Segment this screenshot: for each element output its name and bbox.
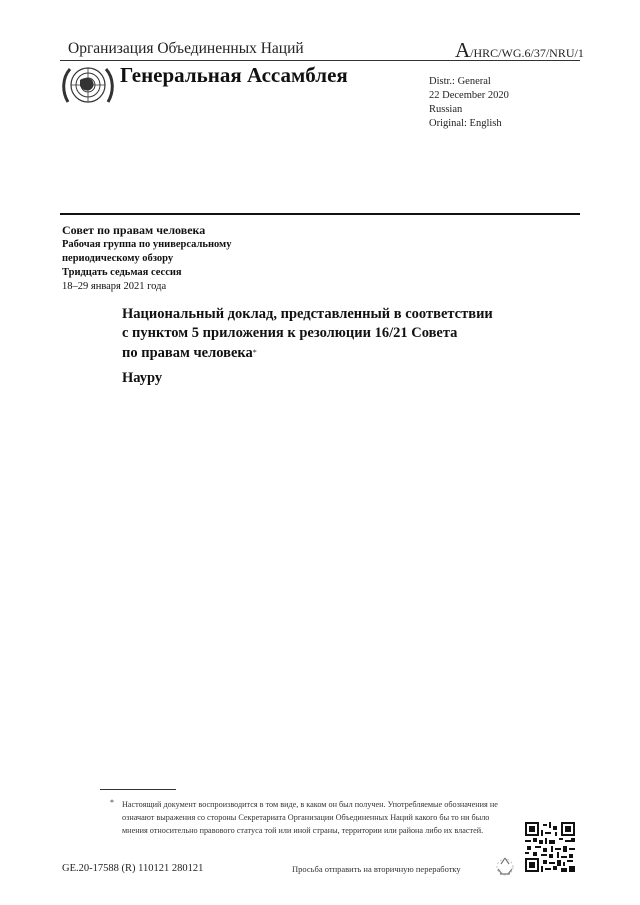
council-name: Совет по правам человека [62,222,231,238]
symbol-prefix: A [455,38,470,62]
footnote-mark: * [110,798,114,807]
section-rule [60,213,580,215]
title-line3: по правам человека [122,345,253,361]
body-name: Генеральная Ассамблея [120,63,348,88]
distr-line: Distr.: General [429,75,509,89]
session-dates: 18–29 января 2021 года [62,280,231,294]
organization-name: Организация Объединенных Наций [68,40,304,58]
symbol-rest: /HRC/WG.6/37/NRU/1 [470,46,584,60]
header-rule [60,60,580,61]
date-line: 22 December 2020 [429,89,509,103]
footnote-text: Настоящий документ воспроизводится в том… [122,798,512,837]
recycle-text: Просьба отправить на вторичную переработ… [292,864,461,874]
session-info: Совет по правам человека Рабочая группа … [62,222,231,294]
job-number: GE.20-17588 (R) 110121 280121 [62,863,203,874]
working-group-line2: периодическому обзору [62,252,231,266]
footnote-ref: * [253,348,257,357]
qr-code [525,822,575,872]
language-line: Russian [429,103,509,117]
country-name: Науру [122,370,162,387]
title-line2: с пунктом 5 приложения к резолюции 16/21… [122,324,493,343]
recycle-icon [494,855,516,877]
working-group-line1: Рабочая группа по универсальному [62,238,231,252]
report-title: Национальный доклад, представленный в со… [122,305,493,363]
un-emblem-icon [62,64,114,106]
session-name: Тридцать седьмая сессия [62,266,231,280]
original-line: Original: English [429,117,509,131]
footnote-rule [100,789,176,790]
distribution-info: Distr.: General 22 December 2020 Russian… [429,75,509,131]
title-line1: Национальный доклад, представленный в со… [122,305,493,324]
